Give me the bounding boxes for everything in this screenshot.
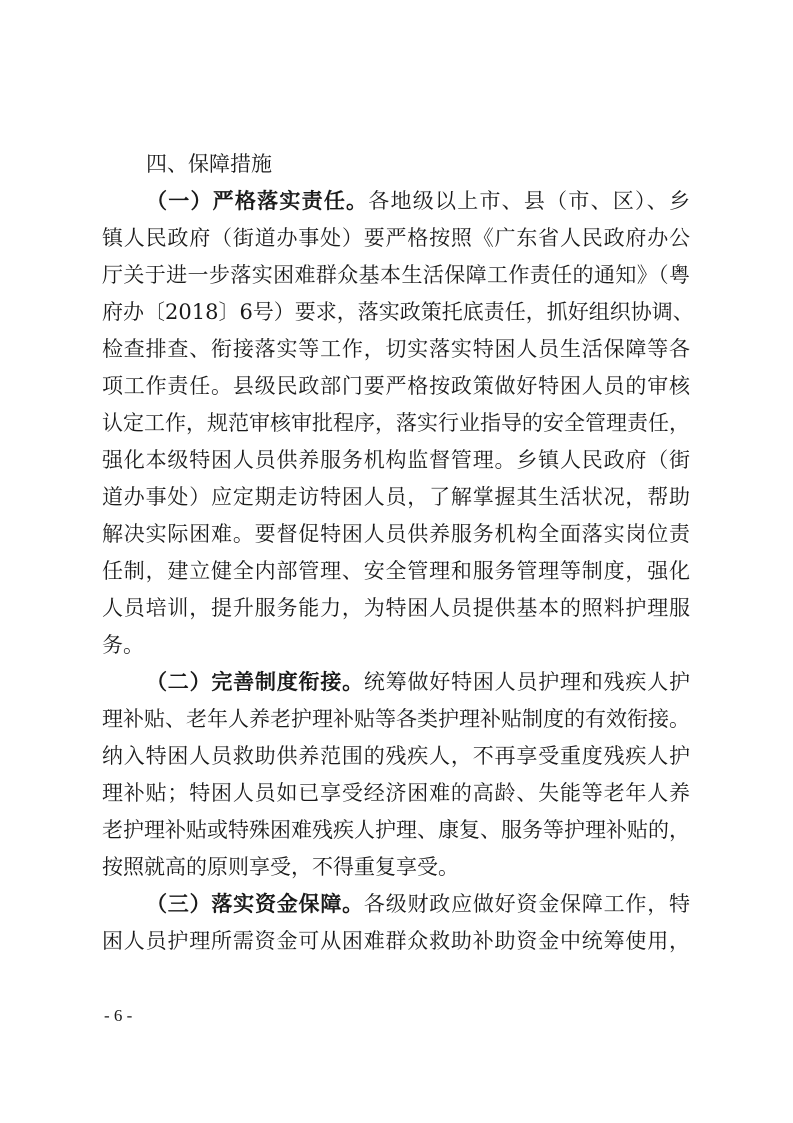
paragraph-1-line: 认定工作，规范审核审批程序，落实行业指导的安全管理责任， bbox=[102, 405, 690, 442]
paragraph-1-line: 解决实际困难。要督促特困人员供养服务机构全面落实岗位责 bbox=[102, 516, 690, 553]
paragraph-2-title: （二）完善制度衔接。 bbox=[146, 670, 364, 694]
paragraph-1-line: 任制，建立健全内部管理、安全管理和服务管理等制度，强化 bbox=[102, 553, 690, 590]
paragraph-2-line: 老护理补贴或特殊困难残疾人护理、康复、服务等护理补贴的， bbox=[102, 812, 690, 849]
paragraph-1-line: 务。 bbox=[102, 627, 690, 664]
paragraph-1-line: 厅关于进一步落实困难群众基本生活保障工作责任的通知》（粤 bbox=[102, 257, 690, 294]
paragraph-1-line: 检查排查、衔接落实等工作，切实落实特困人员生活保障等各 bbox=[102, 331, 690, 368]
paragraph-1-line: 项工作责任。县级民政部门要严格按政策做好特困人员的审核 bbox=[102, 368, 690, 405]
document-body: 四、保障措施 （一）严格落实责任。各地级以上市、县（市、区）、乡 镇人民政府（街… bbox=[102, 146, 690, 960]
paragraph-1-title: （一）严格落实责任。 bbox=[146, 189, 368, 213]
page-number: - 6 - bbox=[104, 1006, 132, 1026]
paragraph-1-line: （一）严格落实责任。各地级以上市、县（市、区）、乡 bbox=[102, 183, 690, 220]
paragraph-3-line: （三）落实资金保障。各级财政应做好资金保障工作，特 bbox=[102, 886, 690, 923]
paragraph-2-line: （二）完善制度衔接。统筹做好特困人员护理和残疾人护 bbox=[102, 664, 690, 701]
paragraph-3-line: 困人员护理所需资金可从困难群众救助补助资金中统筹使用， bbox=[102, 923, 690, 960]
paragraph-1-line: 强化本级特困人员供养服务机构监督管理。乡镇人民政府（街 bbox=[102, 442, 690, 479]
paragraph-2-line: 按照就高的原则享受，不得重复享受。 bbox=[102, 849, 690, 886]
section-heading: 四、保障措施 bbox=[102, 146, 690, 183]
paragraph-1-line: 府办〔2018〕6号）要求，落实政策托底责任，抓好组织协调、 bbox=[102, 294, 690, 331]
paragraph-1-line: 道办事处）应定期走访特困人员，了解掌握其生活状况，帮助 bbox=[102, 479, 690, 516]
paragraph-1-line: 人员培训，提升服务能力，为特困人员提供基本的照料护理服 bbox=[102, 590, 690, 627]
paragraph-3-title: （三）落实资金保障。 bbox=[146, 892, 364, 916]
paragraph-2-line: 理补贴；特困人员如已享受经济困难的高龄、失能等老年人养 bbox=[102, 775, 690, 812]
paragraph-1-line: 镇人民政府（街道办事处）要严格按照《广东省人民政府办公 bbox=[102, 220, 690, 257]
paragraph-2-line: 理补贴、老年人养老护理补贴等各类护理补贴制度的有效衔接。 bbox=[102, 701, 690, 738]
paragraph-2-line: 纳入特困人员救助供养范围的残疾人，不再享受重度残疾人护 bbox=[102, 738, 690, 775]
